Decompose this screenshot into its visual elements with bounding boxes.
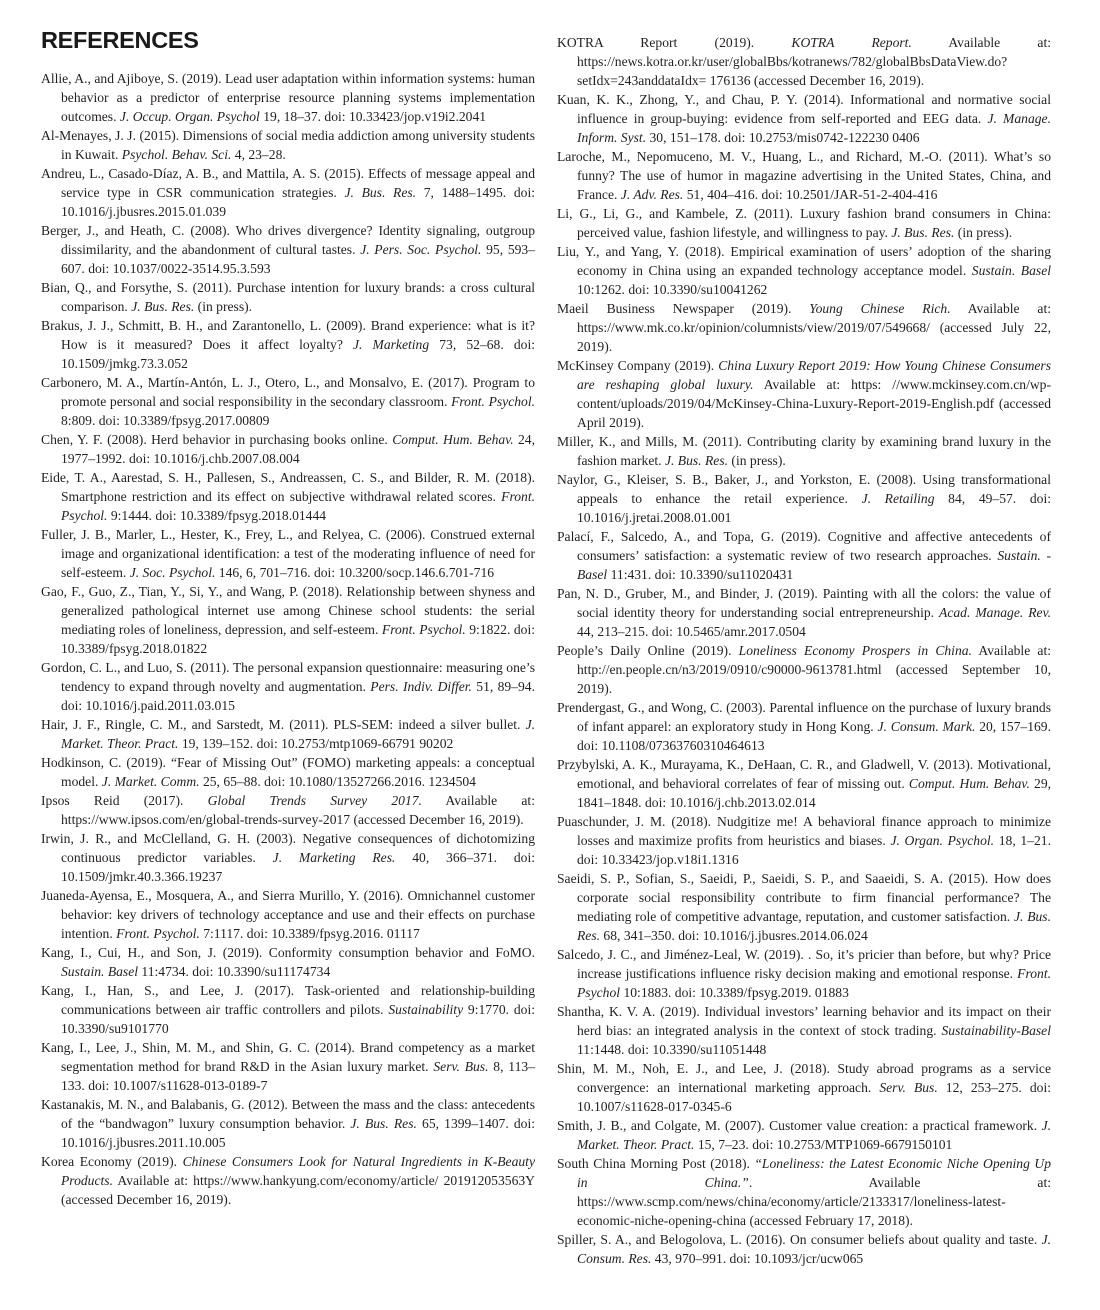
reference-journal: Young Chinese Rich. [809,301,950,316]
reference-journal: J. Consum. Mark. [878,719,976,734]
reference-entry: Brakus, J. J., Schmitt, B. H., and Zaran… [41,316,535,373]
reference-journal: J. Bus. Res. [344,185,416,200]
reference-journal: Acad. Manage. Rev. [939,605,1051,620]
reference-entry: Ipsos Reid (2017). Global Trends Survey … [41,791,535,829]
reference-text: 19, 18–37. doi: 10.33423/jop.v19i2.2041 [260,109,486,124]
reference-entry: People’s Daily Online (2019). Loneliness… [557,641,1051,698]
reference-journal: J. Marketing Res. [273,850,396,865]
reference-text: 25, 65–88. doi: 10.1080/13527266.2016. 1… [200,774,476,789]
reference-journal: J. Retailing [862,491,935,506]
reference-journal: Comput. Hum. Behav. [392,432,513,447]
reference-entry: Palací, F., Salcedo, A., and Topa, G. (2… [557,527,1051,584]
reference-text: Chen, Y. F. (2008). Herd behavior in pur… [41,432,392,447]
reference-text: Maeil Business Newspaper (2019). [557,301,809,316]
reference-text: Kuan, K. K., Zhong, Y., and Chau, P. Y. … [557,92,1051,126]
reference-journal: Front. Psychol. [382,622,466,637]
reference-text: (in press). [194,299,252,314]
reference-journal: J. Bus. Res. [891,225,954,240]
reference-entry: Juaneda-Ayensa, E., Mosquera, A., and Si… [41,886,535,943]
reference-journal: Sustain. Basel [972,263,1051,278]
reference-entry: Saeidi, S. P., Sofian, S., Saeidi, P., S… [557,869,1051,945]
reference-journal: Global Trends Survey 2017. [208,793,422,808]
reference-journal: J. Bus. Res. [350,1116,417,1131]
reference-entry: Korea Economy (2019). Chinese Consumers … [41,1152,535,1209]
reference-journal: J. Market. Comm. [102,774,200,789]
reference-entry: Kang, I., Han, S., and Lee, J. (2017). T… [41,981,535,1038]
page-title: REFERENCES [41,27,199,54]
reference-entry: Gao, F., Guo, Z., Tian, Y., Si, Y., and … [41,582,535,658]
reference-text: Spiller, S. A., and Belogolova, L. (2016… [557,1232,1042,1247]
reference-journal: Front. Psychol. [451,394,535,409]
reference-entry: Gordon, C. L., and Luo, S. (2011). The p… [41,658,535,715]
reference-entry: Przybylski, A. K., Murayama, K., DeHaan,… [557,755,1051,812]
reference-entry: Prendergast, G., and Wong, C. (2003). Pa… [557,698,1051,755]
reference-text: (in press). [728,453,786,468]
reference-entry: KOTRA Report (2019). KOTRA Report. Avail… [557,33,1051,90]
reference-entry: Maeil Business Newspaper (2019). Young C… [557,299,1051,356]
reference-entry: Chen, Y. F. (2008). Herd behavior in pur… [41,430,535,468]
reference-text: People’s Daily Online (2019). [557,643,739,658]
reference-entry: Naylor, G., Kleiser, S. B., Baker, J., a… [557,470,1051,527]
reference-entry: Hodkinson, C. (2019). “Fear of Missing O… [41,753,535,791]
reference-text: 19, 139–152. doi: 10.2753/mtp1069-66791 … [178,736,453,751]
reference-entry: Liu, Y., and Yang, Y. (2018). Empirical … [557,242,1051,299]
reference-journal: Serv. Bus. [879,1080,937,1095]
reference-text: 30, 151–178. doi: 10.2753/mis0742-122230… [646,130,919,145]
reference-entry: Salcedo, J. C., and Jiménez-Leal, W. (20… [557,945,1051,1002]
reference-entry: McKinsey Company (2019). China Luxury Re… [557,356,1051,432]
reference-text: (in press). [954,225,1012,240]
reference-text: Smith, J. B., and Colgate, M. (2007). Cu… [557,1118,1042,1133]
reference-entry: Hair, J. F., Ringle, C. M., and Sarstedt… [41,715,535,753]
reference-entry: Al-Menayes, J. J. (2015). Dimensions of … [41,126,535,164]
reference-text: Kang, I., Cui, H., and Son, J. (2019). C… [41,945,535,960]
reference-text: KOTRA Report (2019). [557,35,791,50]
reference-text: 43, 970–991. doi: 10.1093/jcr/ucw065 [651,1251,863,1266]
reference-entry: Fuller, J. B., Marler, L., Hester, K., F… [41,525,535,582]
reference-entry: Kang, I., Lee, J., Shin, M. M., and Shin… [41,1038,535,1095]
reference-entry: Kuan, K. K., Zhong, Y., and Chau, P. Y. … [557,90,1051,147]
reference-journal: J. Soc. Psychol. [130,565,216,580]
references-column-right: KOTRA Report (2019). KOTRA Report. Avail… [557,33,1051,1268]
reference-entry: Shantha, K. V. A. (2019). Individual inv… [557,1002,1051,1059]
reference-text: Korea Economy (2019). [41,1154,183,1169]
reference-text: 8:809. doi: 10.3389/fpsyg.2017.00809 [61,413,269,428]
reference-text: Hair, J. F., Ringle, C. M., and Sarstedt… [41,717,526,732]
reference-entry: Andreu, L., Casado-Díaz, A. B., and Matt… [41,164,535,221]
reference-entry: Kastanakis, M. N., and Balabanis, G. (20… [41,1095,535,1152]
reference-journal: Front. Psychol. [116,926,200,941]
reference-text: 11:4734. doi: 10.3390/su11174734 [138,964,330,979]
reference-text: Miller, K., and Mills, M. (2011). Contri… [557,434,1051,468]
reference-text: 11:431. doi: 10.3390/su11020431 [607,567,793,582]
reference-journal: Sustainability [388,1002,463,1017]
reference-entry: Miller, K., and Mills, M. (2011). Contri… [557,432,1051,470]
reference-entry: Laroche, M., Nepomuceno, M. V., Huang, L… [557,147,1051,204]
reference-text: 146, 6, 701–716. doi: 10.3200/socp.146.6… [215,565,494,580]
reference-journal: Pers. Indiv. Differ. [370,679,472,694]
reference-text: 10:1262. doi: 10.3390/su10041262 [577,282,767,297]
reference-entry: Kang, I., Cui, H., and Son, J. (2019). C… [41,943,535,981]
reference-text: 51, 404–416. doi: 10.2501/JAR-51-2-404-4… [683,187,937,202]
reference-journal: J. Occup. Organ. Psychol [120,109,260,124]
reference-journal: Sustainability-Basel [942,1023,1052,1038]
reference-entry: Irwin, J. R., and McClelland, G. H. (200… [41,829,535,886]
reference-text: McKinsey Company (2019). [557,358,718,373]
reference-journal: J. Marketing [353,337,429,352]
reference-text: Saeidi, S. P., Sofian, S., Saeidi, P., S… [557,871,1051,924]
reference-journal: Serv. Bus. [433,1059,488,1074]
reference-entry: Berger, J., and Heath, C. (2008). Who dr… [41,221,535,278]
reference-entry: Li, G., Li, G., and Kambele, Z. (2011). … [557,204,1051,242]
reference-entry: Shin, M. M., Noh, E. J., and Lee, J. (20… [557,1059,1051,1116]
reference-journal: Comput. Hum. Behav. [909,776,1030,791]
reference-entry: Puaschunder, J. M. (2018). Nudgitize me!… [557,812,1051,869]
reference-text: 10:1883. doi: 10.3389/fpsyg.2019. 01883 [620,985,849,1000]
reference-journal: Sustain. Basel [61,964,138,979]
reference-entry: Pan, N. D., Gruber, M., and Binder, J. (… [557,584,1051,641]
reference-journal: KOTRA Report. [791,35,911,50]
reference-text: 44, 213–215. doi: 10.5465/amr.2017.0504 [577,624,806,639]
reference-text: Palací, F., Salcedo, A., and Topa, G. (2… [557,529,1051,563]
reference-text: 4, 23–28. [231,147,285,162]
reference-entry: Smith, J. B., and Colgate, M. (2007). Cu… [557,1116,1051,1154]
reference-text: Available at: https://www.hankyung.com/e… [61,1173,535,1207]
reference-entry: Allie, A., and Ajiboye, S. (2019). Lead … [41,69,535,126]
reference-journal: Psychol. Behav. Sci. [122,147,232,162]
reference-entry: Carbonero, M. A., Martín-Antón, L. J., O… [41,373,535,430]
reference-text: 9:1444. doi: 10.3389/fpsyg.2018.01444 [107,508,326,523]
reference-text: Bian, Q., and Forsythe, S. (2011). Purch… [41,280,535,314]
reference-text: Salcedo, J. C., and Jiménez-Leal, W. (20… [557,947,1051,981]
reference-entry: Bian, Q., and Forsythe, S. (2011). Purch… [41,278,535,316]
reference-journal: J. Pers. Soc. Psychol. [360,242,481,257]
reference-entry: Eide, T. A., Aarestad, S. H., Pallesen, … [41,468,535,525]
reference-text: Ipsos Reid (2017). [41,793,208,808]
reference-journal: J. Organ. Psychol. [890,833,994,848]
reference-journal: J. Adv. Res. [621,187,684,202]
references-column-left: Allie, A., and Ajiboye, S. (2019). Lead … [41,69,535,1209]
reference-text: South China Morning Post (2018). [557,1156,754,1171]
reference-entry: Spiller, S. A., and Belogolova, L. (2016… [557,1230,1051,1268]
reference-text: 11:1448. doi: 10.3390/su11051448 [577,1042,766,1057]
reference-journal: J. Bus. Res. [131,299,194,314]
reference-entry: South China Morning Post (2018). “Loneli… [557,1154,1051,1230]
reference-journal: J. Bus. Res. [665,453,728,468]
reference-text: Al-Menayes, J. J. (2015). Dimensions of … [41,128,535,162]
reference-text: Eide, T. A., Aarestad, S. H., Pallesen, … [41,470,535,504]
reference-journal: Loneliness Economy Prospers in China. [739,643,972,658]
reference-text: 15, 7–23. doi: 10.2753/MTP1069-667915010… [694,1137,952,1152]
reference-text: 68, 341–350. doi: 10.1016/j.jbusres.2014… [600,928,868,943]
reference-text: 7:1117. doi: 10.3389/fpsyg.2016. 01117 [200,926,420,941]
